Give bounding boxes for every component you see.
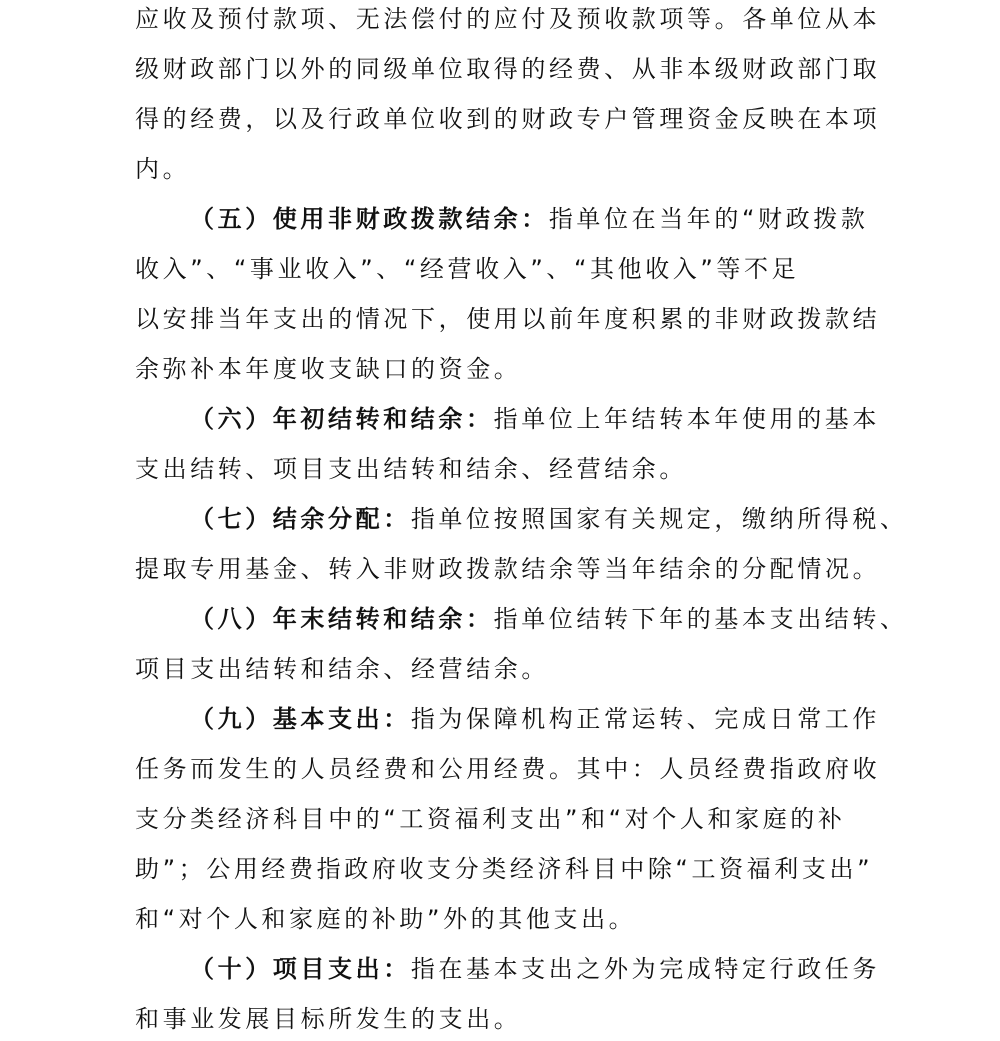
section-heading-line: （六）年初结转和结余：指单位上年结转本年使用的基本 [190,404,880,434]
paragraph-text: 任务而发生的人员经费和公用经费。其中：人员经费指政府收 [135,755,880,783]
section-label: （十）项目支出： [190,955,411,983]
paragraph-text: 支分类经济科目中的“工资福利支出”和“对个人和家庭的补 [135,805,846,833]
text-line: 以安排当年支出的情况下，使用以前年度积累的非财政拨款结 [135,304,880,334]
paragraph-text: 指在基本支出之外为完成特定行政任务 [411,955,880,983]
section-heading-line: （九）基本支出：指为保障机构正常运转、完成日常工作 [190,704,880,734]
paragraph-text: 支出结转、项目支出结转和结余、经营结余。 [135,455,687,483]
paragraph-text: 指为保障机构正常运转、完成日常工作 [411,705,880,733]
section-heading-line: （十）项目支出：指在基本支出之外为完成特定行政任务 [190,954,880,984]
paragraph-text: 内。 [135,155,190,183]
text-line: 得的经费，以及行政单位收到的财政专户管理资金反映在本项 [135,104,880,134]
text-line: 任务而发生的人员经费和公用经费。其中：人员经费指政府收 [135,754,880,784]
paragraph-text: 指单位上年结转本年使用的基本 [494,405,880,433]
paragraph-text: 和“对个人和家庭的补助”外的其他支出。 [135,905,636,933]
paragraph-text: 得的经费，以及行政单位收到的财政专户管理资金反映在本项 [135,105,880,133]
section-label: （六）年初结转和结余： [190,405,494,433]
paragraph-text: 以安排当年支出的情况下，使用以前年度积累的非财政拨款结 [135,305,880,333]
section-heading-line: （八）年末结转和结余：指单位结转下年的基本支出结转、 [190,604,908,634]
paragraph-text: 指单位结转下年的基本支出结转、 [494,605,908,633]
text-line: 收入”、“事业收入”、“经营收入”、“其他收入”等不足 [135,254,799,284]
section-label: （七）结余分配： [190,505,411,533]
section-heading-line: （五）使用非财政拨款结余：指单位在当年的“财政拨款 [190,204,868,234]
document-page: 应收及预付款项、无法偿付的应付及预收款项等。各单位从本 级财政部门以外的同级单位… [0,0,1000,1041]
section-label: （九）基本支出： [190,705,411,733]
text-line: 项目支出结转和结余、经营结余。 [135,654,549,684]
paragraph-text: 提取专用基金、转入非财政拨款结余等当年结余的分配情况。 [135,555,880,583]
text-line: 提取专用基金、转入非财政拨款结余等当年结余的分配情况。 [135,554,880,584]
section-label: （八）年末结转和结余： [190,605,494,633]
paragraph-text: 和事业发展目标所发生的支出。 [135,1005,521,1033]
paragraph-text: 指单位按照国家有关规定，缴纳所得税、 [411,505,908,533]
section-heading-line: （七）结余分配：指单位按照国家有关规定，缴纳所得税、 [190,504,908,534]
text-line: 内。 [135,154,190,184]
text-line: 和事业发展目标所发生的支出。 [135,1004,521,1034]
text-line: 应收及预付款项、无法偿付的应付及预收款项等。各单位从本 [135,4,880,34]
paragraph-text: 应收及预付款项、无法偿付的应付及预收款项等。各单位从本 [135,5,880,33]
paragraph-text: 指单位在当年的“财政拨款 [549,205,869,233]
text-line: 余弥补本年度收支缺口的资金。 [135,354,521,384]
paragraph-text: 余弥补本年度收支缺口的资金。 [135,355,521,383]
text-line: 支出结转、项目支出结转和结余、经营结余。 [135,454,687,484]
paragraph-text: 助”；公用经费指政府收支分类经济科目中除“工资福利支出” [135,855,873,883]
text-line: 级财政部门以外的同级单位取得的经费、从非本级财政部门取 [135,54,880,84]
paragraph-text: 级财政部门以外的同级单位取得的经费、从非本级财政部门取 [135,55,880,83]
text-line: 助”；公用经费指政府收支分类经济科目中除“工资福利支出” [135,854,873,884]
paragraph-text: 项目支出结转和结余、经营结余。 [135,655,549,683]
section-label: （五）使用非财政拨款结余： [190,205,549,233]
paragraph-text: 收入”、“事业收入”、“经营收入”、“其他收入”等不足 [135,255,799,283]
text-line: 支分类经济科目中的“工资福利支出”和“对个人和家庭的补 [135,804,846,834]
text-line: 和“对个人和家庭的补助”外的其他支出。 [135,904,636,934]
